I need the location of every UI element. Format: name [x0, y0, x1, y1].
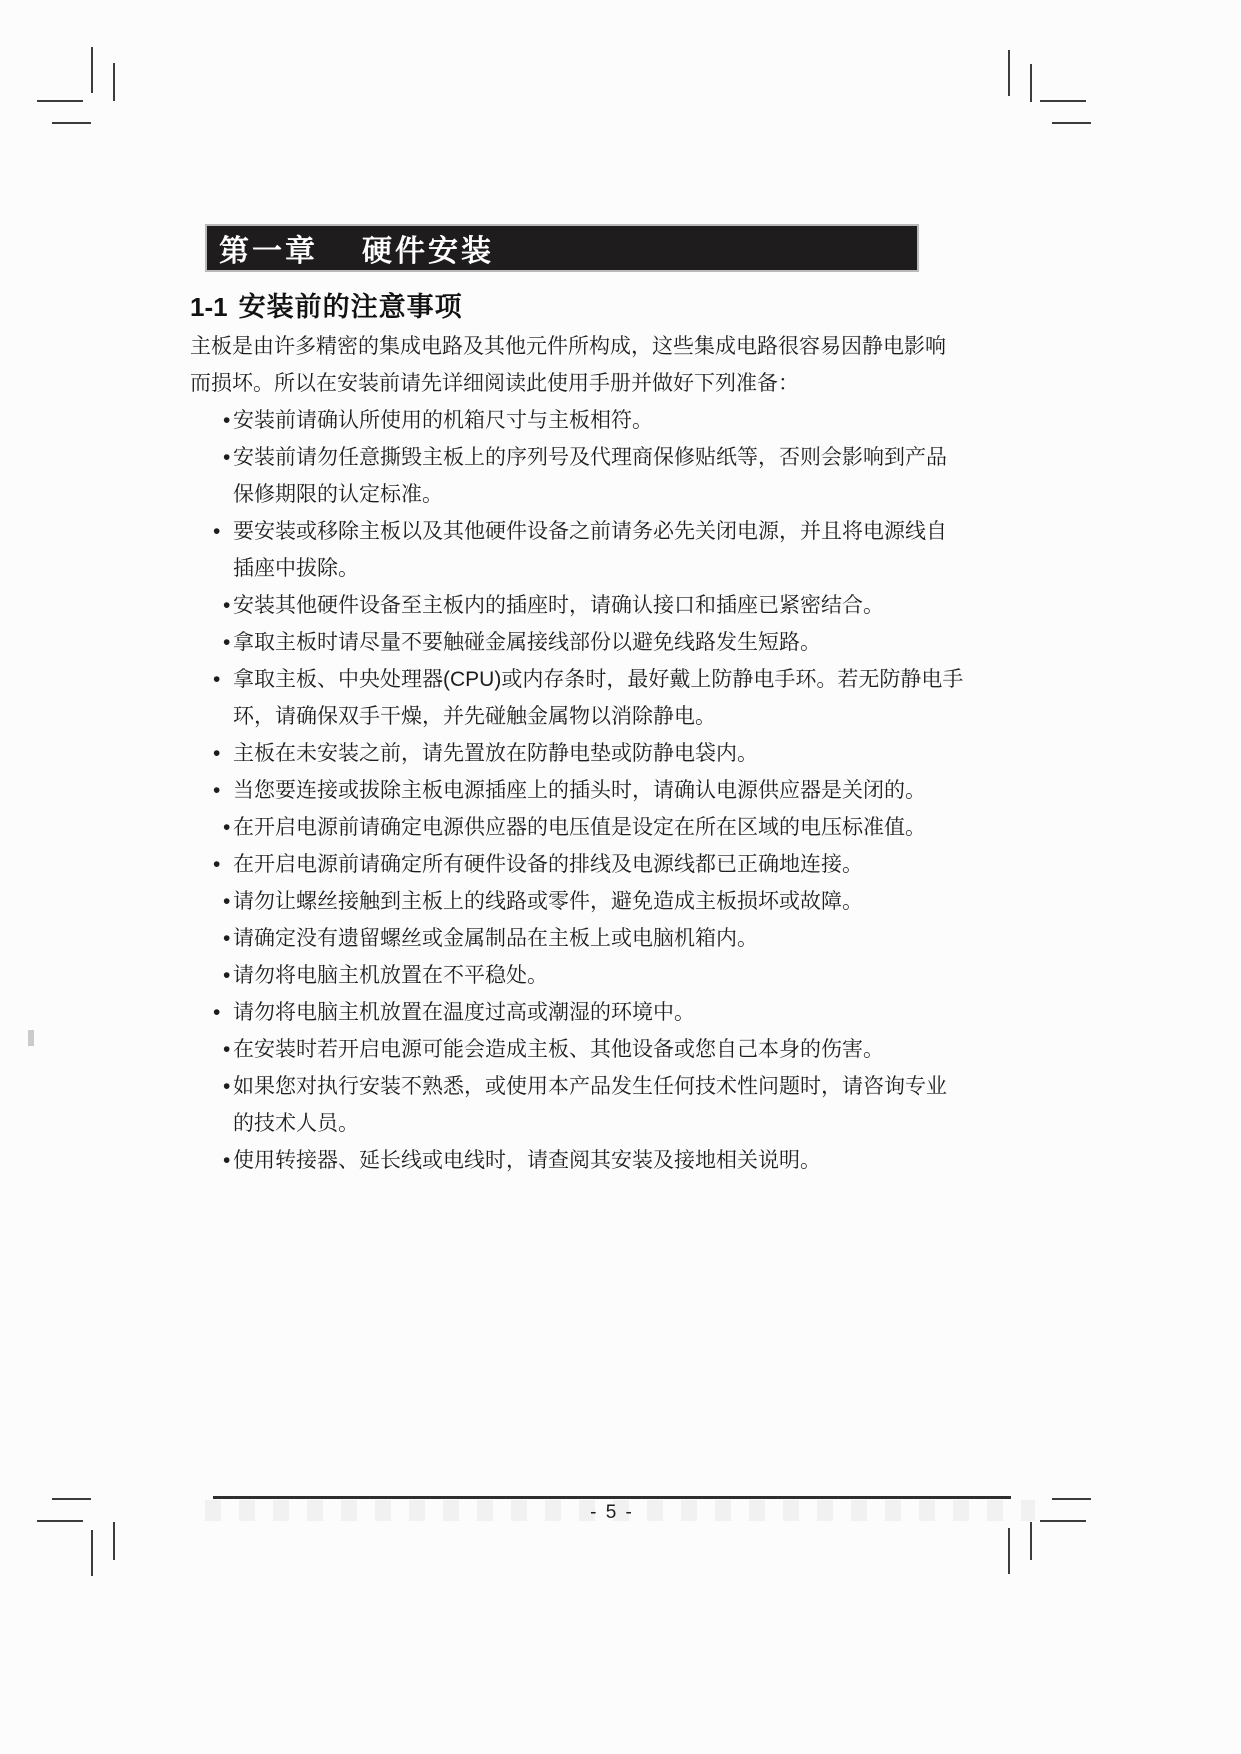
scan-artifact-tick	[28, 1030, 34, 1046]
bullet-marker: •	[223, 809, 230, 846]
precaution-line: 请勿将电脑主机放置在不平稳处。	[233, 957, 990, 994]
precaution-item: •安装其他硬件设备至主板内的插座时，请确认接口和插座已紧密结合。	[190, 587, 990, 624]
precaution-line: 在安装时若开启电源可能会造成主板、其他设备或您自己本身的伤害。	[233, 1031, 990, 1068]
chapter-label: 第一章	[219, 226, 318, 270]
crop-mark	[1008, 1528, 1010, 1574]
precaution-line: 使用转接器、延长线或电线时，请查阅其安装及接地相关说明。	[233, 1142, 990, 1179]
bullet-marker: •	[223, 439, 230, 476]
precaution-line: 安装其他硬件设备至主板内的插座时，请确认接口和插座已紧密结合。	[233, 587, 990, 624]
bullet-marker: •	[213, 772, 220, 809]
precaution-line: 在开启电源前请确定电源供应器的电压值是设定在所在区域的电压标准值。	[233, 809, 990, 846]
precaution-item: •当您要连接或拔除主板电源插座上的插头时，请确认电源供应器是关闭的。	[190, 772, 990, 809]
precaution-item: •要安装或移除主板以及其他硬件设备之前请务必先关闭电源，并且将电源线自插座中拔除…	[190, 513, 990, 587]
bullet-marker: •	[213, 661, 220, 698]
bullet-marker: •	[213, 513, 220, 550]
bullet-marker: •	[223, 957, 230, 994]
crop-mark	[1030, 1522, 1032, 1560]
crop-mark	[1040, 100, 1086, 102]
precaution-item: •请勿让螺丝接触到主板上的线路或零件，避免造成主板损坏或故障。	[190, 883, 990, 920]
precaution-item: •请确定没有遗留螺丝或金属制品在主板上或电脑机箱内。	[190, 920, 990, 957]
precaution-item: •安装前请勿任意撕毁主板上的序列号及代理商保修贴纸等，否则会影响到产品保修期限的…	[190, 439, 990, 513]
precaution-item: •拿取主板、中央处理器(CPU)或内存条时，最好戴上防静电手环。若无防静电手环，…	[190, 661, 990, 735]
crop-mark	[1040, 1520, 1086, 1522]
precaution-line: 安装前请确认所使用的机箱尺寸与主板相符。	[233, 402, 990, 439]
crop-mark	[91, 47, 93, 93]
bullet-marker: •	[223, 587, 230, 624]
precaution-line: 请确定没有遗留螺丝或金属制品在主板上或电脑机箱内。	[233, 920, 990, 957]
precaution-line: 安装前请勿任意撕毁主板上的序列号及代理商保修贴纸等，否则会影响到产品	[233, 439, 990, 476]
precautions-list: •安装前请确认所使用的机箱尺寸与主板相符。•安装前请勿任意撕毁主板上的序列号及代…	[190, 402, 990, 1179]
precaution-item: •在开启电源前请确定电源供应器的电压值是设定在所在区域的电压标准值。	[190, 809, 990, 846]
precaution-line: 请勿让螺丝接触到主板上的线路或零件，避免造成主板损坏或故障。	[233, 883, 990, 920]
precaution-line: 插座中拔除。	[233, 550, 990, 587]
section-heading: 1-1安装前的注意事项	[190, 285, 463, 324]
precaution-line: 在开启电源前请确定所有硬件设备的排线及电源线都已正确地连接。	[233, 846, 990, 883]
bullet-marker: •	[223, 883, 230, 920]
precaution-item: •在安装时若开启电源可能会造成主板、其他设备或您自己本身的伤害。	[190, 1031, 990, 1068]
section-number: 1-1	[190, 292, 228, 322]
bullet-marker: •	[223, 1142, 230, 1179]
precaution-item: •安装前请确认所使用的机箱尺寸与主板相符。	[190, 402, 990, 439]
chapter-header-bar: 第一章 硬件安装	[205, 224, 919, 272]
crop-mark	[1008, 50, 1010, 96]
crop-mark	[1052, 1498, 1091, 1500]
precaution-item: •请勿将电脑主机放置在不平稳处。	[190, 957, 990, 994]
bullet-marker: •	[223, 1031, 230, 1068]
crop-mark	[113, 63, 115, 101]
crop-mark	[37, 100, 83, 102]
precaution-line: 要安装或移除主板以及其他硬件设备之前请务必先关闭电源，并且将电源线自	[233, 513, 990, 550]
precaution-line: 的技术人员。	[233, 1105, 990, 1142]
precaution-item: •如果您对执行安装不熟悉，或使用本产品发生任何技术性问题时，请咨询专业的技术人员…	[190, 1068, 990, 1142]
precaution-item: •使用转接器、延长线或电线时，请查阅其安装及接地相关说明。	[190, 1142, 990, 1179]
precaution-line: 环，请确保双手干燥，并先碰触金属物以消除静电。	[233, 698, 990, 735]
crop-mark	[91, 1530, 93, 1576]
bullet-marker: •	[223, 624, 230, 661]
bullet-marker: •	[223, 402, 230, 439]
bullet-marker: •	[213, 994, 220, 1031]
precaution-line: 主板在未安装之前，请先置放在防静电垫或防静电袋内。	[233, 735, 990, 772]
crop-mark	[37, 1520, 83, 1522]
body-text: 主板是由许多精密的集成电路及其他元件所构成，这些集成电路很容易因静电影响 而损坏…	[190, 328, 990, 1179]
precaution-item: •拿取主板时请尽量不要触碰金属接线部份以避免线路发生短路。	[190, 624, 990, 661]
precaution-line: 拿取主板、中央处理器(CPU)或内存条时，最好戴上防静电手环。若无防静电手	[233, 661, 990, 698]
section-title: 安装前的注意事项	[239, 292, 463, 322]
bullet-marker: •	[223, 920, 230, 957]
bullet-marker: •	[213, 846, 220, 883]
precaution-line: 请勿将电脑主机放置在温度过高或潮湿的环境中。	[233, 994, 990, 1031]
crop-mark	[52, 1498, 91, 1500]
crop-mark	[113, 1522, 115, 1560]
precaution-item: •请勿将电脑主机放置在温度过高或潮湿的环境中。	[190, 994, 990, 1031]
intro-paragraph-line: 而损坏。所以在安装前请先详细阅读此使用手册并做好下列准备：	[190, 365, 990, 402]
manual-page: 第一章 硬件安装 1-1安装前的注意事项 主板是由许多精密的集成电路及其他元件所…	[0, 0, 1241, 1754]
precaution-line: 如果您对执行安装不熟悉，或使用本产品发生任何技术性问题时，请咨询专业	[233, 1068, 990, 1105]
bullet-marker: •	[223, 1068, 230, 1105]
precaution-item: •在开启电源前请确定所有硬件设备的排线及电源线都已正确地连接。	[190, 846, 990, 883]
precaution-line: 当您要连接或拔除主板电源插座上的插头时，请确认电源供应器是关闭的。	[233, 772, 990, 809]
crop-mark	[52, 122, 91, 124]
crop-mark	[1052, 122, 1091, 124]
footer-rule	[213, 1496, 1011, 1499]
crop-mark	[1030, 64, 1032, 102]
bullet-marker: •	[213, 735, 220, 772]
page-number: - 5 -	[213, 1502, 1011, 1524]
intro-paragraph-line: 主板是由许多精密的集成电路及其他元件所构成，这些集成电路很容易因静电影响	[190, 328, 990, 365]
chapter-title: 硬件安装	[362, 226, 494, 270]
precaution-item: •主板在未安装之前，请先置放在防静电垫或防静电袋内。	[190, 735, 990, 772]
precaution-line: 保修期限的认定标准。	[233, 476, 990, 513]
precaution-line: 拿取主板时请尽量不要触碰金属接线部份以避免线路发生短路。	[233, 624, 990, 661]
